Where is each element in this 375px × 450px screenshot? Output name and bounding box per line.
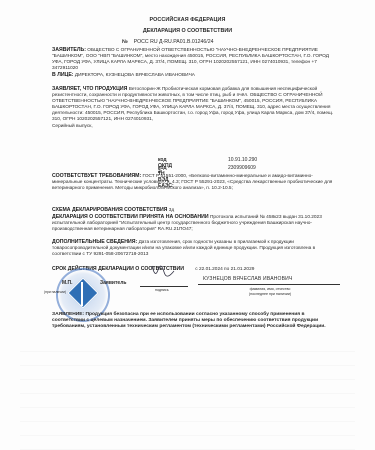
okpd-value: 10.91.10.290 bbox=[228, 157, 257, 163]
name-line bbox=[198, 284, 340, 285]
applicant-text: ОБЩЕСТВО С ОГРАНИЧЕННОЙ ОТВЕТСТВЕННОСТЬЮ… bbox=[52, 48, 329, 71]
validity-value: с 22.01.2024 по 21.01.2029 bbox=[195, 267, 254, 272]
sign-sub: подпись bbox=[155, 288, 169, 292]
requirements-block: СООТВЕТСТВУЕТ ТРЕБОВАНИЯМ: ГОСТ Р 51551-… bbox=[52, 173, 335, 192]
stamp-leaf-icon bbox=[81, 282, 83, 306]
signature-scribble bbox=[148, 262, 178, 280]
requirements-label: СООТВЕТСТВУЕТ ТРЕБОВАНИЯМ: bbox=[52, 173, 141, 179]
product-block: ЗАЯВЛЯЕТ, ЧТО ПРОДУКЦИЯ Ветоспорин-Ж Про… bbox=[52, 86, 335, 130]
mp-sub: (при наличии) bbox=[44, 290, 66, 294]
product-text: Ветоспорин-Ж Пробиотическая кормовая доб… bbox=[52, 87, 333, 122]
signer-name: КУЗНЕЦОВ ВЯЧЕСЛАВ ИВАНОВИЧ bbox=[203, 276, 293, 282]
applicant-sign-label: Заявитель bbox=[100, 280, 126, 286]
declaration-number: №РОСС RU Д-RU.PA01.B.01246/24 bbox=[122, 39, 214, 45]
statement-block: ЗАЯВЛЕНИЕ: Продукция безопасна при ее ис… bbox=[52, 312, 335, 330]
person-text: ДИРЕКТОРА, КУЗНЕЦОВА ВЯЧЕСЛАВА ИВАНОВИЧА bbox=[75, 73, 195, 78]
signature-line bbox=[140, 286, 188, 287]
name-sub-2: (последнее при наличии) bbox=[225, 292, 315, 296]
scheme-label: СХЕМА ДЕКЛАРИРОВАНИЯ СООТВЕТСТВИЯ bbox=[52, 207, 167, 213]
basis-label: ДЕКЛАРАЦИЯ О СООТВЕТСТВИИ ПРИНЯТА НА ОСН… bbox=[52, 214, 209, 220]
number-value: РОСС RU Д-RU.PA01.B.01246/24 bbox=[134, 39, 214, 45]
applicant-block: ЗАЯВИТЕЛЬ: ОБЩЕСТВО С ОГРАНИЧЕННОЙ ОТВЕТ… bbox=[52, 47, 335, 79]
number-label: № bbox=[122, 39, 128, 45]
applicant-label: ЗАЯВИТЕЛЬ: bbox=[52, 47, 86, 53]
person-label: В ЛИЦЕ: bbox=[52, 72, 74, 78]
scheme-value: 3д bbox=[169, 208, 174, 213]
tnved-value: 2309909609 bbox=[228, 165, 256, 171]
serial-text: Серийный выпуск, bbox=[52, 124, 93, 129]
name-sub-1: фамилия, имя, отчество bbox=[225, 287, 315, 291]
background-watermark bbox=[20, 350, 355, 450]
additional-label: ДОПОЛНИТЕЛЬНЫЕ СВЕДЕНИЯ: bbox=[52, 239, 137, 245]
basis-block: ДЕКЛАРАЦИЯ О СООТВЕТСТВИИ ПРИНЯТА НА ОСН… bbox=[52, 214, 335, 233]
mp-label: М.П. bbox=[62, 280, 73, 286]
country-heading: РОССИЙСКАЯ ФЕДЕРАЦИЯ bbox=[0, 17, 375, 23]
product-label: ЗАЯВЛЯЕТ, ЧТО ПРОДУКЦИЯ bbox=[52, 86, 127, 92]
additional-block: ДОПОЛНИТЕЛЬНЫЕ СВЕДЕНИЯ: Дата изготовлен… bbox=[52, 239, 335, 258]
declaration-page: РОССИЙСКАЯ ФЕДЕРАЦИЯ ДЕКЛАРАЦИЯ О СООТВЕ… bbox=[0, 0, 375, 450]
document-title: ДЕКЛАРАЦИЯ О СООТВЕТСТВИИ bbox=[0, 28, 375, 34]
